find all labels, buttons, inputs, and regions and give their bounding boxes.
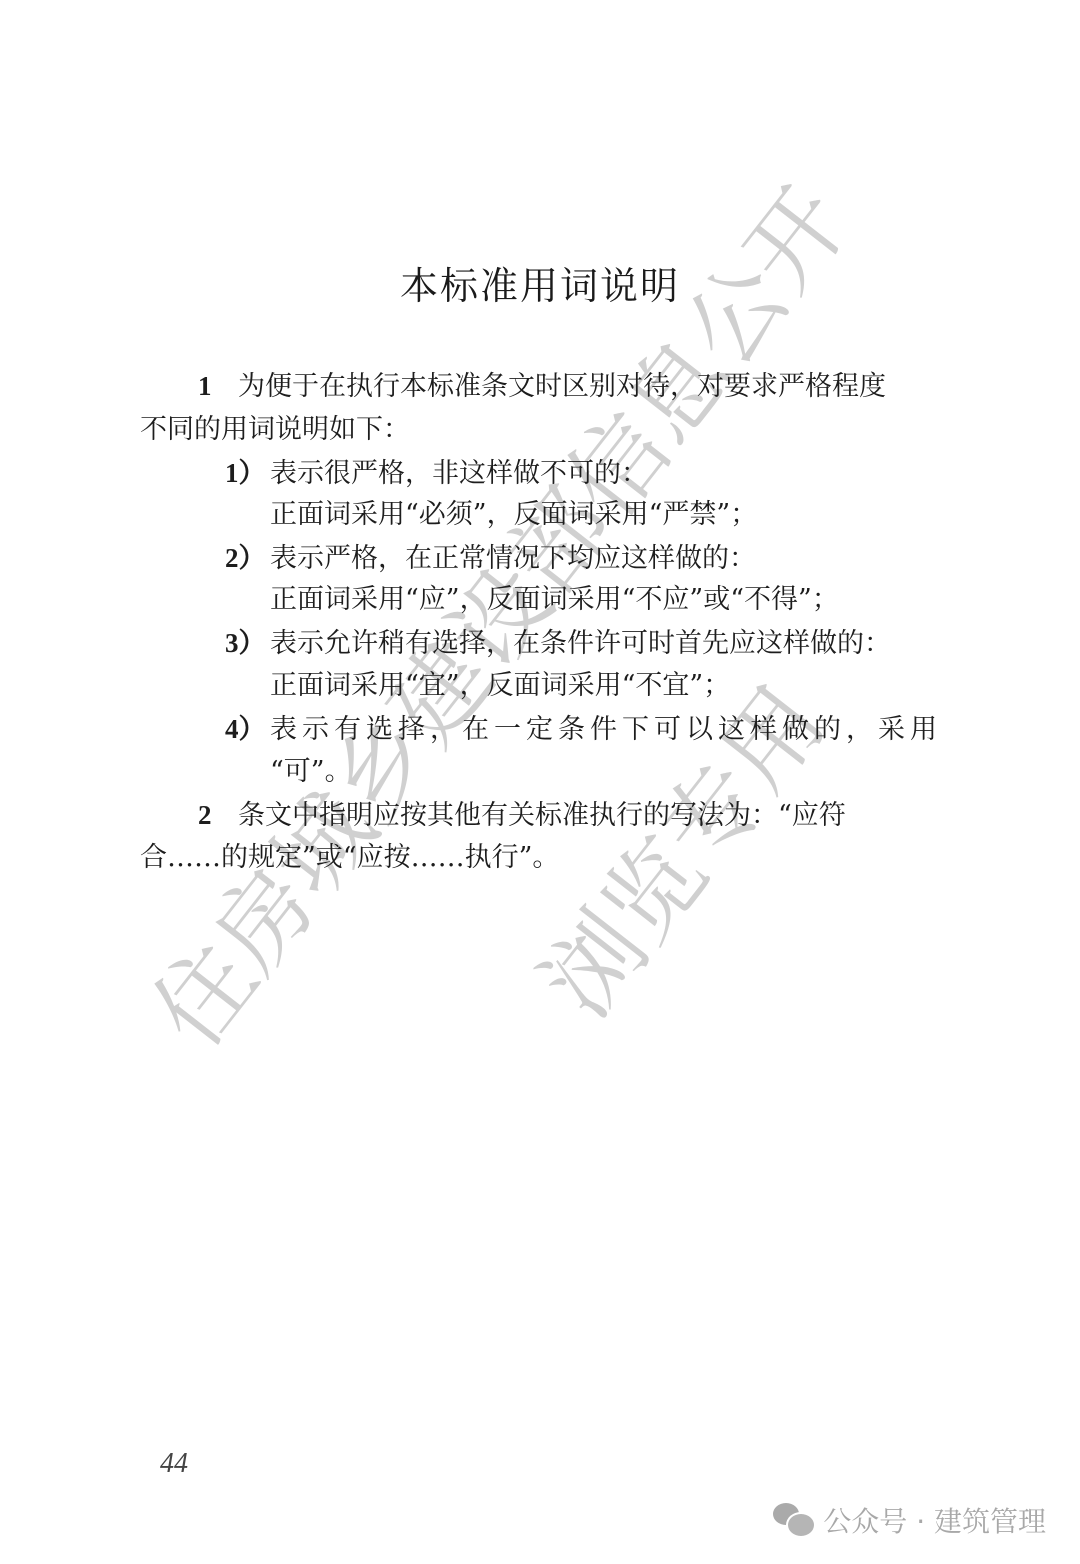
item-3-text: 表示允许稍有选择，在条件许可时首先应这样做的： <box>270 628 891 659</box>
clause-1-line-2: 不同的用词说明如下： <box>140 412 410 448</box>
item-4-text: 表示有选择，在一定条件下可以这样做的，采用 <box>270 714 942 745</box>
clause-2-text: 条文中指明应按其他有关标准执行的写法为：“应符 <box>238 800 846 831</box>
item-3: 3）表示允许稍有选择，在条件许可时首先应这样做的： <box>225 625 891 662</box>
item-2-text: 表示严格，在正常情况下均应这样做的： <box>270 543 756 574</box>
item-1-words: 正面词采用“必须”，反面词采用“严禁”； <box>270 497 757 533</box>
item-1-number: 1） <box>225 455 270 491</box>
clause-1-line-1: 1为便于在执行本标准条文时区别对待，对要求严格程度 <box>140 368 940 405</box>
wechat-icon <box>773 1503 813 1537</box>
item-2: 2）表示严格，在正常情况下均应这样做的： <box>225 540 756 577</box>
clause-1-text: 为便于在执行本标准条文时区别对待，对要求严格程度 <box>238 371 886 402</box>
clause-1-number: 1 <box>198 368 238 404</box>
item-2-number: 2） <box>225 540 270 576</box>
item-4-words: “可”。 <box>270 754 352 790</box>
clause-2-line-1: 2条文中指明应按其他有关标准执行的写法为：“应符 <box>140 797 846 834</box>
account-name: 公众号 · 建筑管理 <box>823 1500 1046 1540</box>
page-number: 44 <box>160 1448 188 1480</box>
clause-2-line-2: 合……的规定”或“应按……执行”。 <box>140 840 559 876</box>
clause-2-number: 2 <box>198 797 238 833</box>
item-2-words: 正面词采用“应”，反面词采用“不应”或“不得”； <box>270 582 839 618</box>
item-3-words: 正面词采用“宜”，反面词采用“不宜”； <box>270 668 730 704</box>
item-3-number: 3） <box>225 625 270 661</box>
source-attribution: 公众号 · 建筑管理 <box>773 1500 1046 1540</box>
page-title: 本标准用词说明 <box>0 255 1080 310</box>
item-4: 4）表示有选择，在一定条件下可以这样做的，采用 <box>225 711 942 748</box>
item-1-text: 表示很严格，非这样做不可的： <box>270 458 648 489</box>
item-4-number: 4） <box>225 711 270 747</box>
item-1: 1）表示很严格，非这样做不可的： <box>225 455 648 492</box>
